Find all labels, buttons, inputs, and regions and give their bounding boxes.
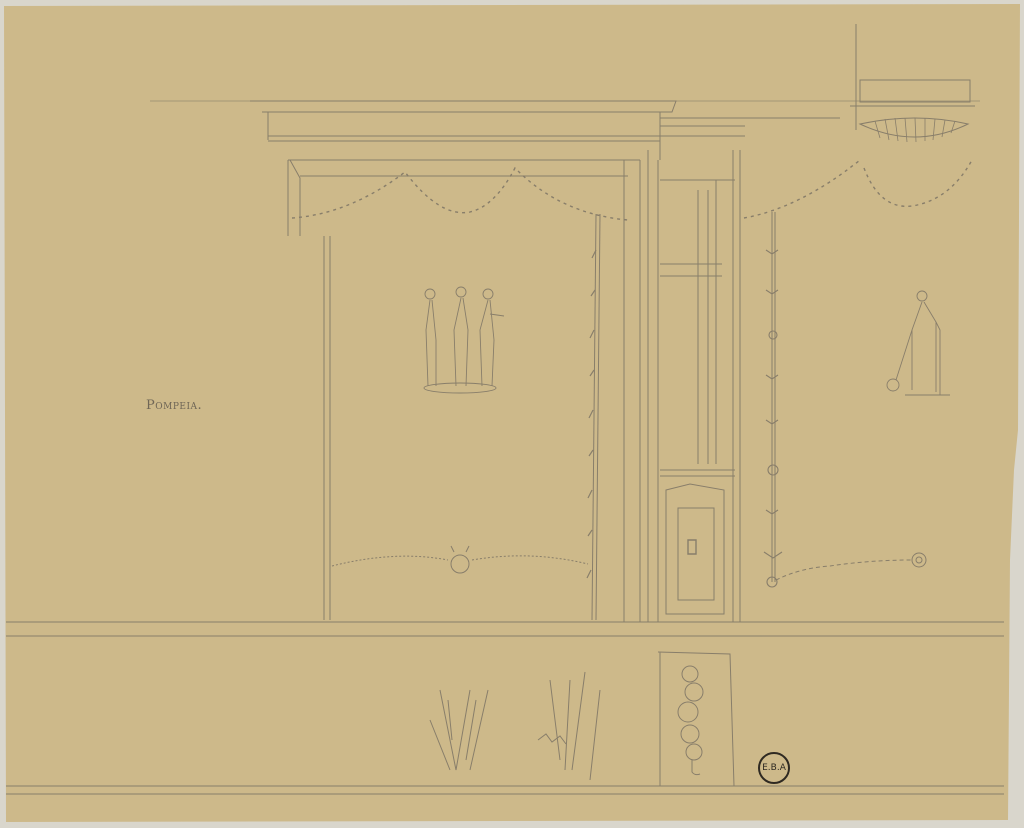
collection-stamp: E.B.A (758, 752, 790, 784)
place-inscription: Pompeia. (146, 398, 202, 413)
pompeian-wall-elevation-drawing (0, 0, 1024, 828)
drawing-sheet: Pompeia. E.B.A (0, 0, 1024, 828)
